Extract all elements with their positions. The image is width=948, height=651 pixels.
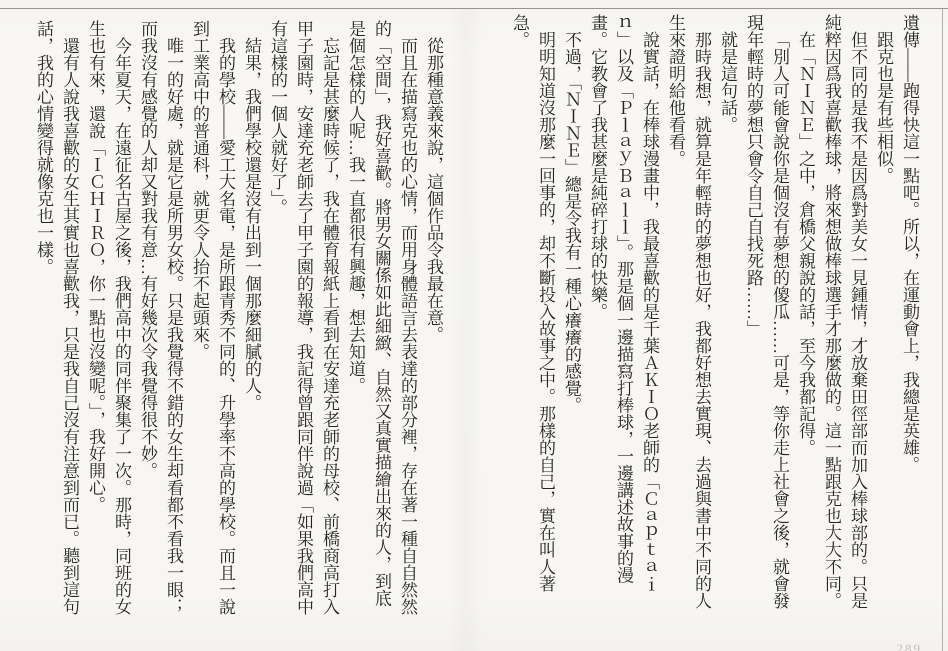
text-column: 從那種意義來說，這個作品令我最在意。: [420, 20, 446, 651]
text-column: 畫。它教會了我甚麼是純碎打球的快樂。: [584, 14, 610, 646]
text-column: 還有人說我喜歡的女生其實也喜歡我，只是我自己沒有注意到而已。聽到這句: [56, 20, 82, 651]
text-column: 今年夏天，在遠征名古屋之後，我們高中的同伴聚集了一次。那時，同班的女: [108, 20, 134, 651]
text-column: 跟克也是有些相似。: [870, 14, 896, 646]
text-column: 純粹因爲我喜歡棒球，將來想做棒球選手才那麼做的。這一點跟克也大大不同。: [818, 14, 844, 646]
text-column: 不過，「ＮＩＮＥ」總是令我有一種心癢癢的感覺。: [558, 14, 584, 646]
text-column: 那時我想，就算是年輕時的夢想也好，我都好想去實現、去過與書中不同的人: [688, 14, 714, 646]
text-column: 現年輕時的夢想只會令自己自找死路……」: [740, 14, 766, 646]
text-column: 「別人可能會說你是個沒有夢想的傻瓜……可是，等你走上社會之後，就會發: [766, 14, 792, 646]
text-column: 有這樣的一個人就好了」。: [264, 20, 290, 651]
text-column: 但不同的是我不是因爲對美女一見鍾情，才放棄田徑部而加入棒球部的。只是: [844, 14, 870, 646]
page-gutter: [448, 9, 484, 651]
text-column: 的「空間」，我好喜歡。將男女關係如此細緻、自然又真實描繪出來的人，到底: [368, 20, 394, 651]
text-column: ｎ」以及「ＰｌａｙＢａｌｌ」。那是個一邊描寫打棒球，一邊講述故事的漫: [610, 14, 636, 646]
text-column: 我的學校——愛工大名電，是所跟青秀不同的、升學率不高的學校。而且一說: [212, 20, 238, 651]
book-spread: 遺傳——跑得快這一點吧。所以，在運動會上，我總是英雄。 跟克也是有些相似。 但不…: [0, 0, 948, 651]
text-column: 就是這句話。: [714, 14, 740, 646]
right-page: 遺傳——跑得快這一點吧。所以，在運動會上，我總是英雄。 跟克也是有些相似。 但不…: [490, 0, 922, 651]
page-right-edge-rule: [942, 9, 943, 651]
text-column: 到工業高中的普通科，就更令人抬不起頭來。: [186, 20, 212, 651]
text-column: 而我沒有感覺的人却又對我有意…有好幾次令我覺得很不妙。: [134, 20, 160, 651]
text-column: 忘記是甚麼時候了，我在體育報紙上看到在安達充老師的母校、前橋商高打入: [316, 20, 342, 651]
text-column: 在「ＮＩＮＥ」之中，倉橋父親說的話，至今我都記得。: [792, 14, 818, 646]
text-column: 生來證明給他看看。: [662, 14, 688, 646]
left-page: 從那種意義來說，這個作品令我最在意。 而且在描寫克也的心情，而用身體語言去表達的…: [8, 0, 446, 651]
text-column: 唯一的好處，就是它是所男女校。只是我覺得不錯的女生却看都不看我一眼；: [160, 20, 186, 651]
text-column: 而且在描寫克也的心情，而用身體語言去表達的部分裡，存在著一種自自然然: [394, 20, 420, 651]
text-column: 是個怎樣的人呢…我一直都很有興趣，想去知道。: [342, 20, 368, 651]
text-column: 甲子園時，安達充老師去了甲子園的報導，我記得曾跟同伴說過「如果我們高中: [290, 20, 316, 651]
text-column: 生也有來，還說「ＩＣＨＩＲＯ，你一點也沒變呢。」，我好開心。: [82, 20, 108, 651]
text-column: 明明知道沒那麼一回事的，却不斷投入故事之中。那樣的自己，實在叫人著: [532, 14, 558, 646]
text-column: 結果，我們學校還是沒有出到一個那麼細膩的人。: [238, 20, 264, 651]
text-column: 說實話，在棒球漫畫中，我最喜歡的是千葉ＡＫＩＯ老師的「Ｃａｐｔａｉ: [636, 14, 662, 646]
text-column: 急。: [506, 14, 532, 646]
text-column: 話，我的心情變得就像克也一樣。: [30, 20, 56, 651]
page-number: 289: [897, 641, 923, 651]
text-column: 遺傳——跑得快這一點吧。所以，在運動會上，我總是英雄。: [896, 14, 922, 646]
